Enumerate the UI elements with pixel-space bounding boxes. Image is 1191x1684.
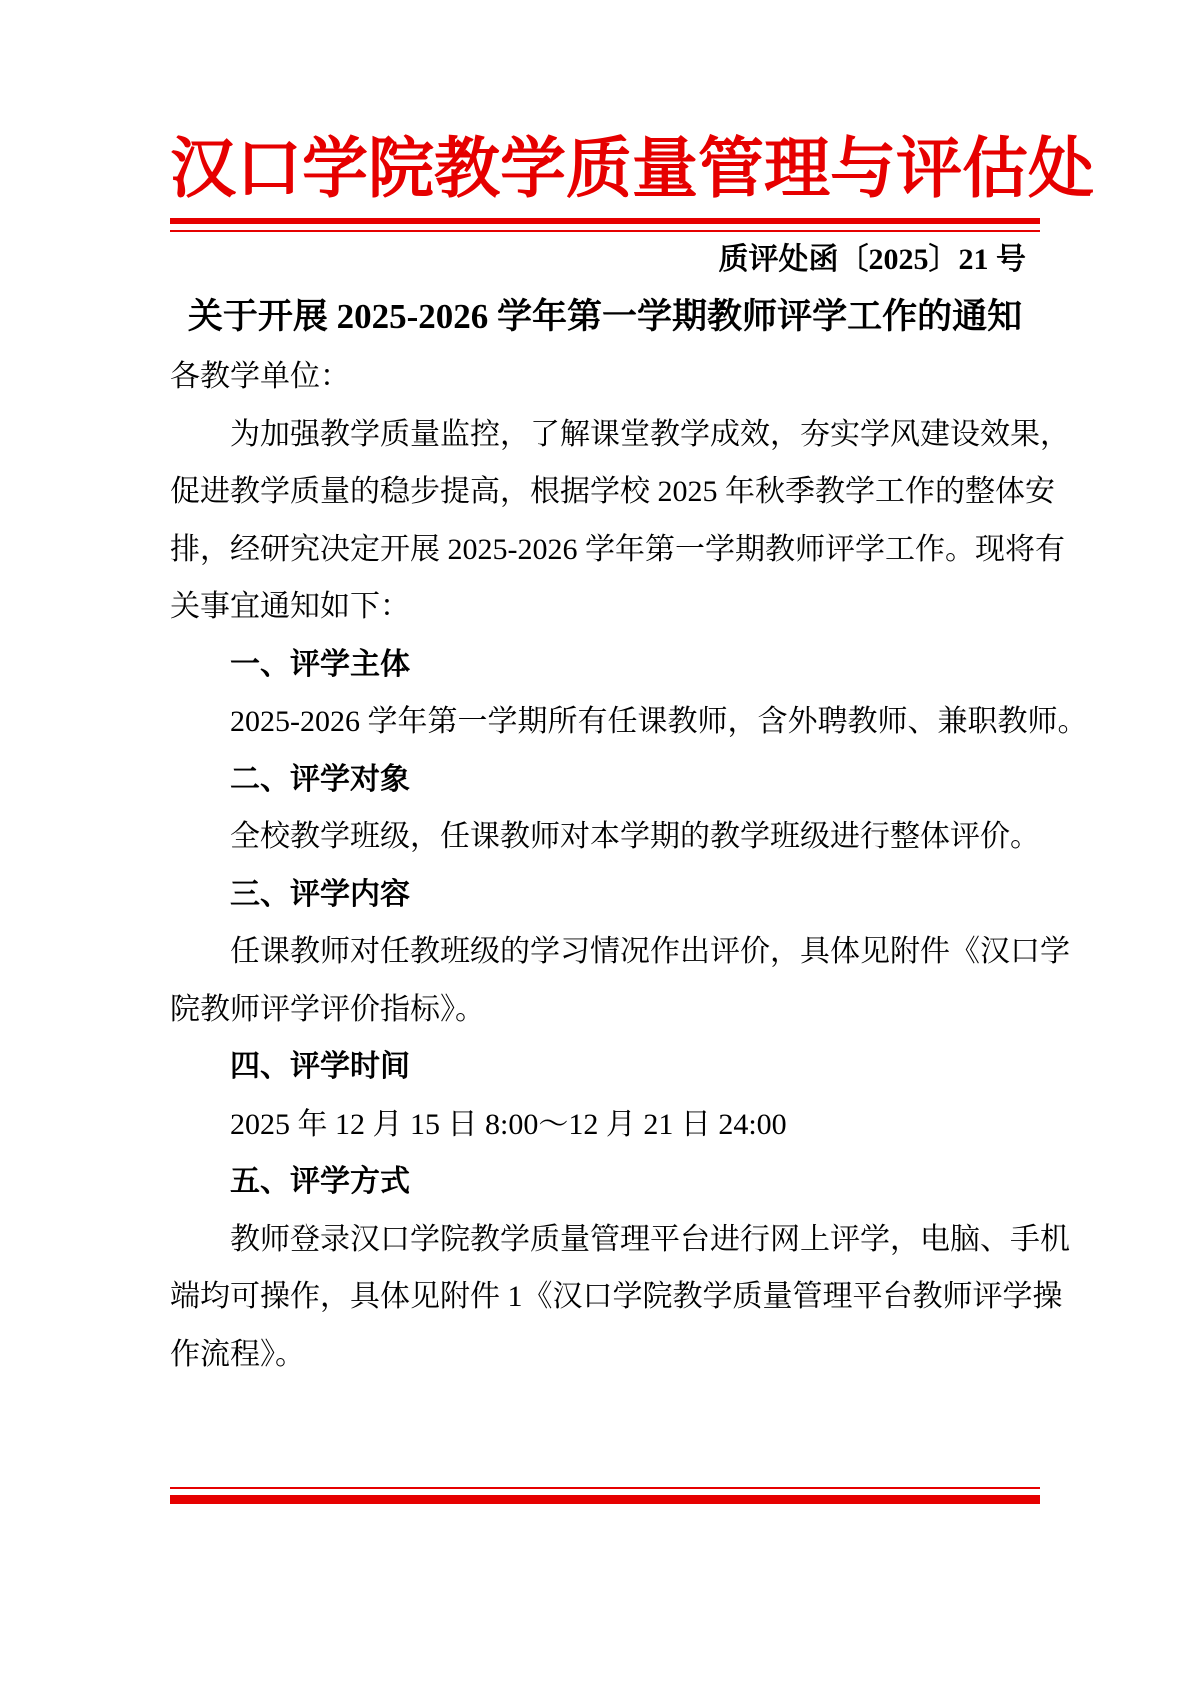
section-heading-5: 五、评学方式: [170, 1153, 1040, 1211]
section-4-line-1: 2025 年 12 月 15 日 8:00～12 月 21 日 24:00: [170, 1096, 1040, 1154]
section-3-line-2: 院教师评学评价指标》。: [170, 981, 1040, 1039]
section-1-line-1: 2025-2026 学年第一学期所有任课教师，含外聘教师、兼职教师。: [170, 693, 1040, 751]
intro-line-1: 为加强教学质量监控，了解课堂教学成效，夯实学风建设效果，: [170, 406, 1040, 464]
section-heading-4: 四、评学时间: [170, 1038, 1040, 1096]
section-3-line-1: 任课教师对任教班级的学习情况作出评价，具体见附件《汉口学: [170, 923, 1040, 981]
footer-rule-thick: [170, 1495, 1040, 1504]
section-heading-3: 三、评学内容: [170, 866, 1040, 924]
salutation: 各教学单位：: [170, 348, 1040, 406]
document-content: 汉口学院教学质量管理与评估处 质评处函〔2025〕21 号 关于开展 2025-…: [170, 0, 1040, 1383]
intro-line-3: 排，经研究决定开展 2025-2026 学年第一学期教师评学工作。现将有: [170, 521, 1040, 579]
section-heading-2: 二、评学对象: [170, 751, 1040, 809]
section-5-line-1: 教师登录汉口学院教学质量管理平台进行网上评学，电脑、手机: [170, 1211, 1040, 1269]
intro-line-4: 关事宜通知如下：: [170, 578, 1040, 636]
document-page: 汉口学院教学质量管理与评估处 质评处函〔2025〕21 号 关于开展 2025-…: [0, 0, 1191, 1684]
section-5-line-3: 作流程》。: [170, 1326, 1040, 1384]
letterhead-rule-thick: [170, 218, 1040, 224]
notice-title: 关于开展 2025-2026 学年第一学期教师评学工作的通知: [170, 292, 1040, 342]
letterhead-office-title: 汉口学院教学质量管理与评估处: [170, 0, 1040, 212]
section-heading-1: 一、评学主体: [170, 636, 1040, 694]
section-2-line-1: 全校教学班级，任课教师对本学期的教学班级进行整体评价。: [170, 808, 1040, 866]
document-number: 质评处函〔2025〕21 号: [170, 240, 1040, 280]
notice-body: 各教学单位： 为加强教学质量监控，了解课堂教学成效，夯实学风建设效果， 促进教学…: [170, 348, 1040, 1383]
intro-line-2: 促进教学质量的稳步提高，根据学校 2025 年秋季教学工作的整体安: [170, 463, 1040, 521]
section-5-line-2: 端均可操作，具体见附件 1《汉口学院教学质量管理平台教师评学操: [170, 1268, 1040, 1326]
footer-rule-thin: [170, 1487, 1040, 1489]
letterhead-rule-thin: [170, 230, 1040, 232]
